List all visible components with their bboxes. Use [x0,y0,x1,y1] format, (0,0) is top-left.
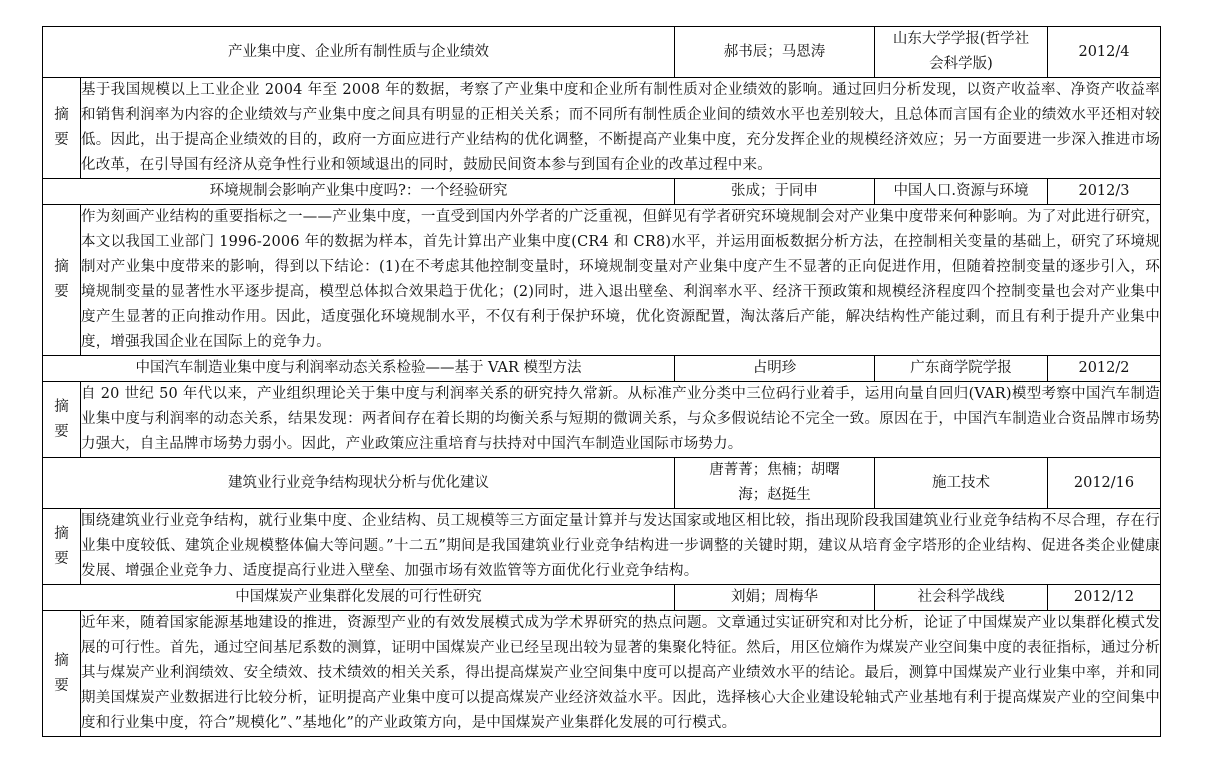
paper-abstract: 围绕建筑业行业竞争结构，就行业集中度、企业结构、员工规模等三方面定量计算并与发达… [81,509,1161,585]
paper-authors: 唐菁菁；焦楠；胡曙海；赵挺生 [675,458,875,509]
abstract-label: 摘要 [43,509,81,585]
paper-header-row: 环境规制会影响产业集中度吗?：一个经验研究 张成；于同申 中国人口.资源与环境 … [43,179,1161,205]
paper-journal: 中国人口.资源与环境 [875,179,1048,205]
paper-date: 2012/4 [1048,27,1161,78]
paper-title: 环境规制会影响产业集中度吗?：一个经验研究 [43,179,675,205]
paper-abstract-row: 摘要 自 20 世纪 50 年代以来，产业组织理论关于集中度与利润率关系的研究持… [43,382,1161,458]
paper-abstract-row: 摘要 围绕建筑业行业竞争结构，就行业集中度、企业结构、员工规模等三方面定量计算并… [43,509,1161,585]
paper-journal: 社会科学战线 [875,585,1048,611]
paper-authors: 张成；于同申 [675,179,875,205]
paper-journal: 山东大学学报(哲学社会科学版) [875,27,1048,78]
abstract-label: 摘要 [43,611,81,737]
paper-authors: 占明珍 [675,356,875,382]
paper-journal: 广东商学院学报 [875,356,1048,382]
paper-header-row: 中国汽车制造业集中度与利润率动态关系检验——基于 VAR 模型方法 占明珍 广东… [43,356,1161,382]
paper-header-row: 中国煤炭产业集群化发展的可行性研究 刘娟；周梅华 社会科学战线 2012/12 [43,585,1161,611]
paper-abstract: 近年来，随着国家能源基地建设的推进，资源型产业的有效发展模式成为学术界研究的热点… [81,611,1161,737]
paper-date: 2012/12 [1048,585,1161,611]
paper-abstract: 基于我国规模以上工业企业 2004 年至 2008 年的数据，考察了产业集中度和… [81,78,1161,179]
abstract-label: 摘要 [43,382,81,458]
paper-journal: 施工技术 [875,458,1048,509]
abstract-label: 摘要 [43,205,81,356]
paper-title: 中国煤炭产业集群化发展的可行性研究 [43,585,675,611]
paper-abstract: 自 20 世纪 50 年代以来，产业组织理论关于集中度与利润率关系的研究持久常新… [81,382,1161,458]
abstract-label: 摘要 [43,78,81,179]
paper-authors: 郝书辰；马恩涛 [675,27,875,78]
paper-abstract: 作为刻画产业结构的重要指标之一——产业集中度，一直受到国内外学者的广泛重视，但鲜… [81,205,1161,356]
paper-abstract-row: 摘要 近年来，随着国家能源基地建设的推进，资源型产业的有效发展模式成为学术界研究… [43,611,1161,737]
literature-table: 产业集中度、企业所有制性质与企业绩效 郝书辰；马恩涛 山东大学学报(哲学社会科学… [42,26,1161,737]
paper-date: 2012/3 [1048,179,1161,205]
paper-authors: 刘娟；周梅华 [675,585,875,611]
paper-abstract-row: 摘要 作为刻画产业结构的重要指标之一——产业集中度，一直受到国内外学者的广泛重视… [43,205,1161,356]
paper-header-row: 产业集中度、企业所有制性质与企业绩效 郝书辰；马恩涛 山东大学学报(哲学社会科学… [43,27,1161,78]
paper-title: 建筑业行业竞争结构现状分析与优化建议 [43,458,675,509]
paper-abstract-row: 摘要 基于我国规模以上工业企业 2004 年至 2008 年的数据，考察了产业集… [43,78,1161,179]
paper-title: 中国汽车制造业集中度与利润率动态关系检验——基于 VAR 模型方法 [43,356,675,382]
paper-title: 产业集中度、企业所有制性质与企业绩效 [43,27,675,78]
paper-date: 2012/2 [1048,356,1161,382]
paper-date: 2012/16 [1048,458,1161,509]
paper-header-row: 建筑业行业竞争结构现状分析与优化建议 唐菁菁；焦楠；胡曙海；赵挺生 施工技术 2… [43,458,1161,509]
